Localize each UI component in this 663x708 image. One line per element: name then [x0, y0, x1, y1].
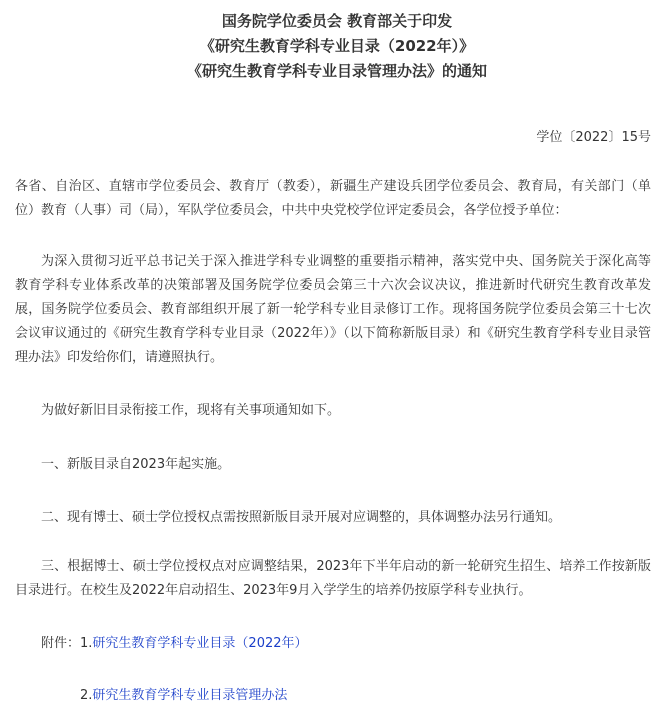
document-number: 学位〔2022〕15号 [536, 126, 651, 145]
item-1-paragraph: 一、新版目录自2023年起实施。 [15, 453, 651, 477]
title-line-3: 《研究生教育学科专业目录管理办法》的通知 [23, 59, 651, 84]
attachment-2-link[interactable]: 研究生教育学科专业目录管理办法 [92, 688, 287, 703]
intro-paragraph: 为深入贯彻习近平总书记关于深入推进学科专业调整的重要指示精神，落实党中央、国务院… [15, 250, 651, 370]
title-line-1: 国务院学位委员会 教育部关于印发 [23, 9, 651, 34]
addressee-paragraph: 各省、自治区、直辖市学位委员会、教育厅（教委），新疆生产建设兵团学位委员会、教育… [15, 175, 651, 223]
item-2-paragraph: 二、现有博士、硕士学位授权点需按照新版目录开展对应调整的，具体调整办法另行通知。 [15, 506, 651, 530]
attachment-2-row: 2.研究生教育学科专业目录管理办法 [15, 684, 651, 708]
item-3-paragraph: 三、根据博士、硕士学位授权点对应调整结果，2023年下半年启动的新一轮研究生招生… [15, 555, 651, 603]
attachment-1-link[interactable]: 研究生教育学科专业目录（2022年） [92, 636, 307, 651]
document-body: 国务院学位委员会 教育部关于印发 《研究生教育学科专业目录（2022年）》 《研… [15, 0, 651, 84]
transition-paragraph: 为做好新旧目录衔接工作，现将有关事项通知如下。 [15, 399, 651, 423]
attachment-1-number: 1. [80, 636, 92, 651]
document-title: 国务院学位委员会 教育部关于印发 《研究生教育学科专业目录（2022年）》 《研… [15, 9, 651, 84]
attachment-2-number: 2. [80, 688, 92, 703]
title-line-2: 《研究生教育学科专业目录（2022年）》 [23, 34, 651, 59]
attachment-1-row: 附件：1.研究生教育学科专业目录（2022年） [15, 632, 651, 656]
attachment-label: 附件： [41, 636, 80, 651]
